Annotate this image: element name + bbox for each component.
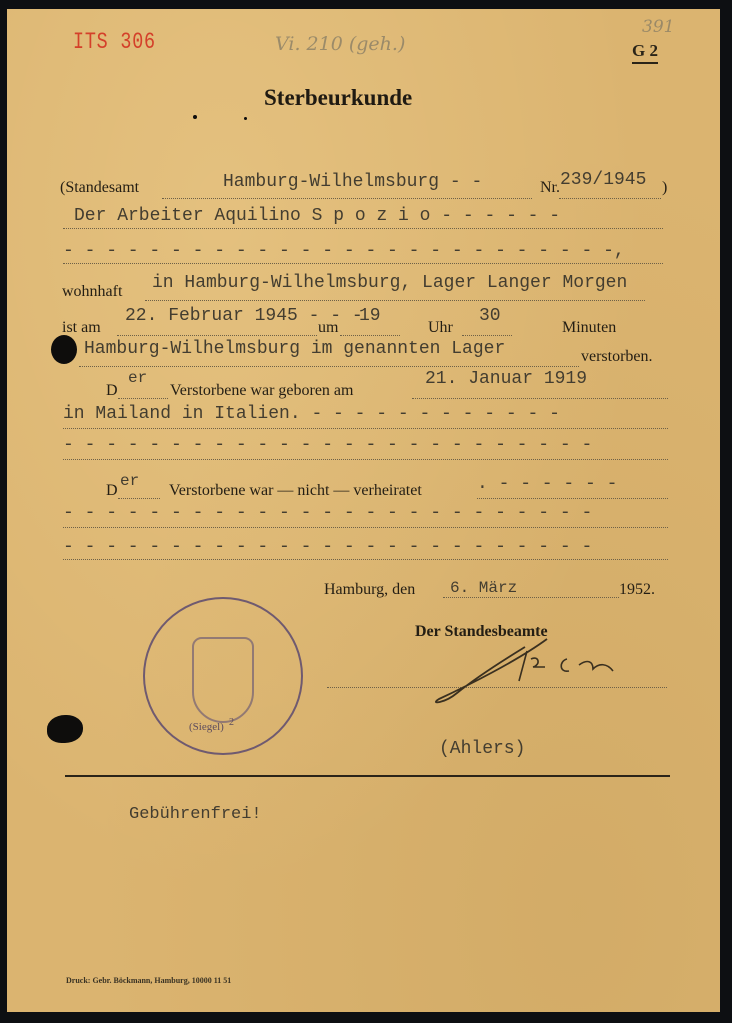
registry-number: 239/1945 (560, 170, 646, 190)
birth-article: er (128, 369, 147, 387)
death-certificate-document: ITS 306 Vi. 210 (geh.) 391 G 2 Sterbeurk… (7, 9, 720, 1012)
birth-place: in Mailand in Italien. - - - - - - - - -… (63, 404, 560, 424)
death-date-label: ist am (62, 319, 101, 337)
uhr-label: Uhr (428, 319, 453, 337)
ink-blot (47, 715, 83, 743)
birth-fill-line: - - - - - - - - - - - - - - - - - - - - … (63, 435, 592, 455)
dotted-fill-line (63, 228, 663, 229)
ink-blot (51, 335, 77, 364)
dotted-fill-line (559, 198, 661, 199)
death-place: Hamburg-Wilhelmsburg im genannten Lager (84, 339, 505, 359)
deceased-name-fill: - - - - - - - - - - - - - - - - - - - - … (63, 241, 625, 261)
dotted-fill-line (63, 559, 668, 560)
registry-close-paren: ) (662, 179, 667, 197)
seal-label: (Siegel) (189, 721, 224, 733)
official-typed-name: (Ahlers) (439, 739, 525, 759)
dotted-fill-line (118, 398, 168, 399)
registry-office: Hamburg-Wilhelmsburg - - (223, 172, 482, 192)
residence-label: wohnhaft (62, 283, 122, 301)
dotted-fill-line (79, 366, 579, 367)
form-code: G 2 (632, 41, 658, 64)
fee-note: Gebührenfrei! (129, 805, 262, 824)
ink-dot (193, 115, 197, 119)
seal-emblem-icon (192, 637, 254, 723)
dotted-fill-line (63, 428, 668, 429)
dotted-fill-line (118, 498, 160, 499)
issue-year: 1952. (619, 581, 655, 599)
seal-number: 2 (229, 717, 234, 728)
death-minutes: 30 (479, 306, 501, 326)
um-label: um (318, 319, 338, 337)
dotted-fill-line (477, 498, 668, 499)
printer-imprint: Druck: Gebr. Böckmann, Hamburg, 10000 11… (66, 976, 231, 985)
dotted-fill-line (443, 597, 619, 598)
residence-value: in Hamburg-Wilhelmsburg, Lager Langer Mo… (152, 273, 627, 293)
marital-fill-line: - - - - - - - - - - - - - - - - - - - - … (63, 503, 592, 523)
registry-label: (Standesamt (60, 179, 139, 197)
dotted-fill-line (162, 198, 532, 199)
minuten-label: Minuten (562, 319, 616, 337)
dotted-fill-line (117, 335, 317, 336)
birth-article-prefix: D (106, 382, 118, 400)
document-title: Sterbeurkunde (264, 85, 412, 111)
nr-label: Nr. (540, 179, 560, 197)
deceased-name: Der Arbeiter Aquilino S p o z i o - - - … (74, 206, 560, 226)
dotted-fill-line (145, 300, 645, 301)
dotted-fill-line (412, 398, 668, 399)
dotted-fill-line (63, 527, 668, 528)
official-seal: (Siegel) 2 (143, 597, 303, 755)
handwritten-page-number: 391 (642, 17, 674, 37)
signature-icon (427, 631, 627, 711)
issue-day-month: 6. März (450, 579, 517, 597)
horizontal-rule (65, 775, 670, 777)
marital-fill-line: - - - - - - - - - - - - - - - - - - - - … (63, 537, 592, 557)
dotted-fill-line (63, 459, 668, 460)
ink-dot (244, 117, 247, 120)
archive-reference: ITS 306 (73, 29, 156, 55)
issue-place-label: Hamburg, den (324, 581, 415, 599)
dotted-fill-line (462, 335, 512, 336)
marital-article: er (120, 472, 139, 490)
death-hour: 19 (359, 306, 381, 326)
handwritten-note: Vi. 210 (geh.) (275, 33, 405, 55)
marital-value: . - - - - - - (477, 474, 617, 494)
marital-label: Verstorbene war — nicht — verheiratet (169, 482, 422, 500)
verstorben-label: verstorben. (581, 348, 653, 366)
dotted-fill-line (340, 335, 400, 336)
birth-date: 21. Januar 1919 (425, 369, 587, 389)
marital-article-prefix: D (106, 482, 118, 500)
birth-label: Verstorbene war geboren am (170, 382, 353, 400)
dotted-fill-line (63, 263, 663, 264)
